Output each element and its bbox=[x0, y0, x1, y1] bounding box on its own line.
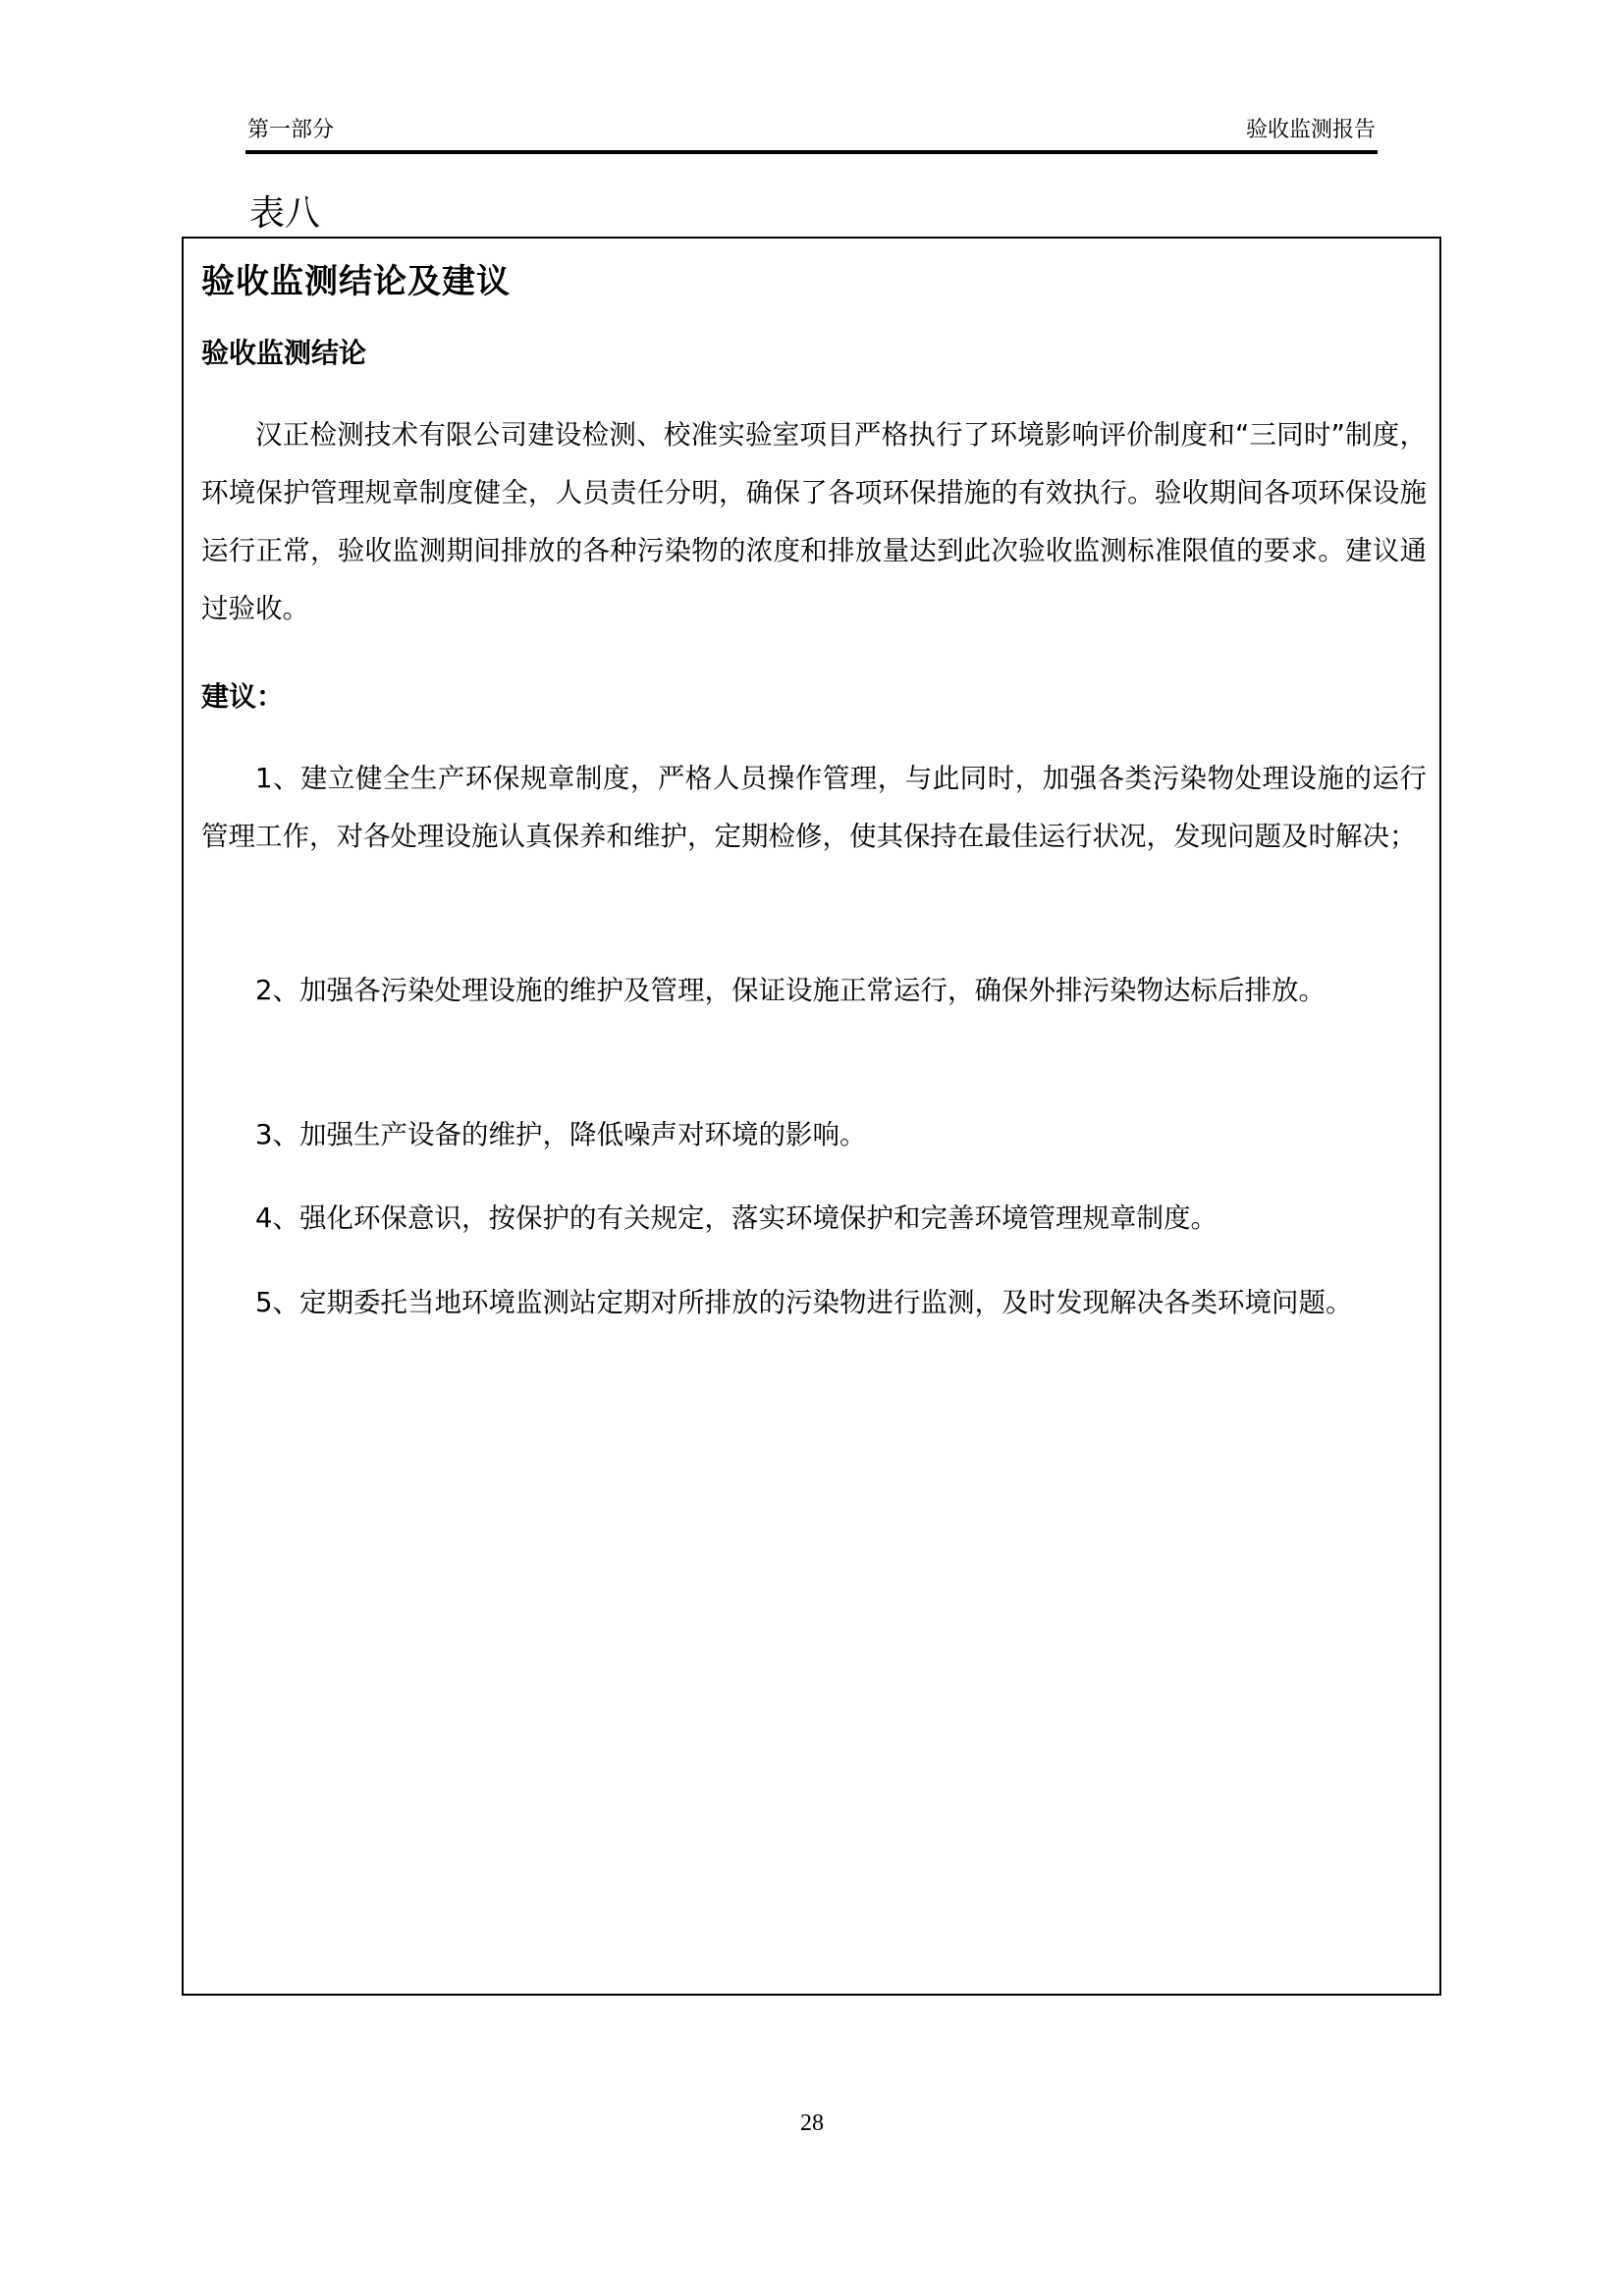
header-section-label: 第一部分 bbox=[247, 116, 334, 145]
conclusion-heading: 验收监测结论 bbox=[201, 336, 366, 371]
suggestion-item-4: 4、强化环保意识，按保护的有关规定，落实环境保护和完善环境管理规章制度。 bbox=[201, 1190, 1427, 1248]
conclusion-paragraph: 汉正检测技术有限公司建设检测、校准实验室项目严格执行了环境影响评价制度和“三同时… bbox=[201, 406, 1427, 638]
suggestion-item-3: 3、加强生产设备的维护，降低噪声对环境的影响。 bbox=[201, 1106, 1427, 1164]
suggestions-heading: 建议： bbox=[201, 679, 284, 715]
suggestion-item-5: 5、定期委托当地环境监测站定期对所排放的污染物进行监测，及时发现解决各类环境问题… bbox=[201, 1274, 1427, 1332]
suggestion-item-2: 2、加强各污染处理设施的维护及管理，保证设施正常运行，确保外排污染物达标后排放。 bbox=[201, 962, 1427, 1020]
page-header: 第一部分 验收监测报告 bbox=[245, 114, 1378, 154]
table-label: 表八 bbox=[249, 192, 320, 236]
page-number: 28 bbox=[0, 2109, 1624, 2138]
header-report-title: 验收监测报告 bbox=[1246, 116, 1376, 145]
section-title: 验收监测结论及建议 bbox=[201, 260, 511, 303]
conclusion-table: 验收监测结论及建议 验收监测结论 汉正检测技术有限公司建设检测、校准实验室项目严… bbox=[182, 237, 1441, 1996]
suggestion-item-1: 1、建立健全生产环保规章制度，严格人员操作管理，与此同时，加强各类污染物处理设施… bbox=[201, 750, 1427, 866]
